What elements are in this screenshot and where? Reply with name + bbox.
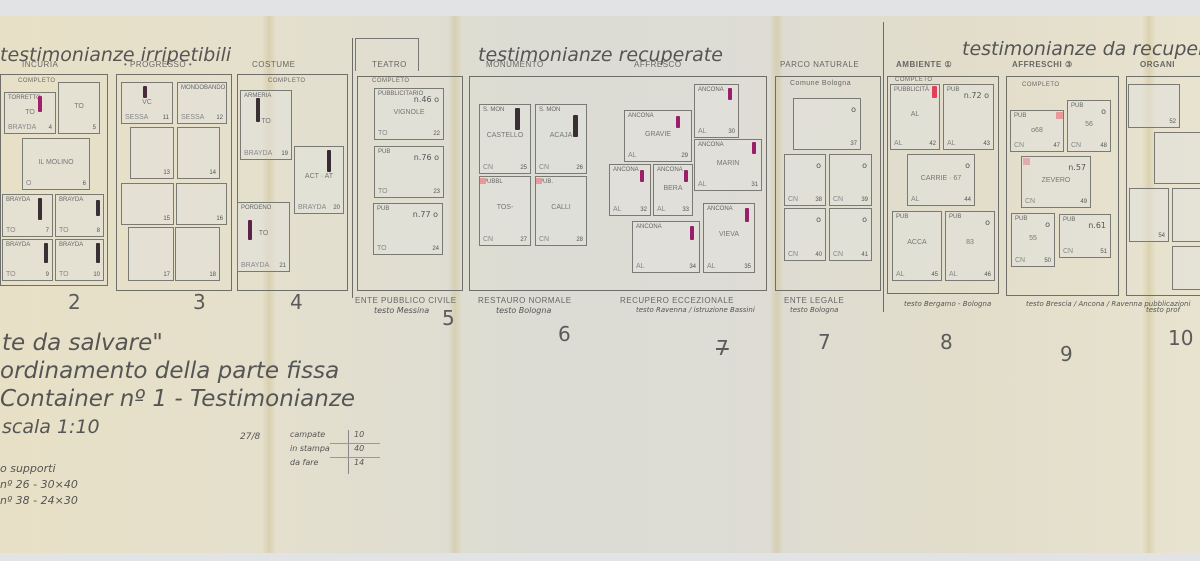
panel-box: PORDENOTOBRAYDA21	[237, 202, 290, 272]
magenta-marker	[752, 142, 756, 154]
marker	[143, 86, 147, 98]
panel-box: PUBo56CN48	[1067, 100, 1111, 152]
tally-value: 14	[354, 458, 364, 467]
title-line-2: ordinamento della parte fissa	[0, 358, 339, 384]
divider	[883, 22, 884, 312]
section-footer: ENTE PUBBLICO CIVILE	[355, 296, 457, 305]
panel-box: IL MOLINOO6	[22, 138, 90, 190]
section-number: 2	[68, 290, 81, 314]
section-footer-note: testo Ravenna / istruzione Bassini	[636, 306, 755, 314]
section-footer: ENTE LEGALE	[784, 296, 844, 305]
panel-box: 18	[175, 227, 220, 281]
status-note: COMPLETO	[268, 78, 306, 84]
black-marker	[515, 108, 520, 130]
tally-label: campate	[290, 430, 325, 439]
divider	[352, 38, 353, 298]
panel-box: MONDOBANDOSESSA12	[177, 82, 227, 124]
black-marker	[327, 150, 331, 172]
panel-box: BRAYDATO7	[2, 194, 53, 237]
tally-date: 27/8	[240, 432, 260, 442]
section-footer-note: testo Bologna	[790, 306, 838, 314]
section-footer: RECUPERO ECCEZIONALE	[620, 296, 734, 305]
panel-box: TO5	[58, 82, 100, 134]
pink-flag	[536, 178, 542, 184]
magenta-marker	[745, 208, 749, 222]
magenta-marker	[690, 226, 694, 240]
section-title: COSTUME	[252, 60, 296, 69]
section-number: 10	[1168, 326, 1193, 350]
panel-box: ANCONAAL32	[609, 164, 651, 216]
tally-label: da fare	[290, 458, 318, 467]
title-scale: scala 1:10	[2, 416, 100, 438]
black-marker	[44, 243, 48, 263]
pink-flag	[1056, 112, 1063, 119]
panel-box: ARMERIATOBRAYDA19	[240, 90, 292, 160]
section-number-struck: 7	[716, 336, 729, 360]
pink-flag	[480, 178, 486, 184]
section-number: 3	[193, 290, 206, 314]
section-title: PARCO NATURALE	[780, 60, 859, 69]
title-line-3: Container nº 1 - Testimonianze	[0, 386, 355, 412]
tally-label: in stampa	[290, 444, 330, 453]
section-footer-note: testo Bergamo - Bologna	[904, 300, 991, 308]
panel-box	[1154, 132, 1200, 184]
magenta-marker	[38, 96, 42, 112]
section-number: 5	[442, 306, 455, 330]
panel-box: ACT · ATBRAYDA20	[294, 146, 344, 214]
panel-box: oCARRIE · 67AL44	[907, 154, 975, 206]
panel-box	[1172, 246, 1200, 290]
section-number: 7	[818, 330, 831, 354]
panel-box: VCSESSA11	[121, 82, 173, 124]
panel-box: 17	[128, 227, 174, 281]
panel-box: PUBBLTOS-CN27	[479, 176, 531, 246]
section-footer-note: testo Messina	[374, 306, 429, 315]
magenta-marker	[640, 170, 644, 182]
status-note: COMPLETO	[18, 78, 56, 84]
panel-box: PUBn.77 oTO24	[373, 203, 443, 255]
title-line-1: te da salvare"	[2, 330, 163, 356]
panel-box: n.57ZEVEROCN49	[1021, 156, 1091, 208]
pink-marker	[932, 86, 937, 98]
panel-box: ANCONAGRAVIEAL29	[624, 110, 692, 162]
section-title: AMBIENTE ①	[896, 60, 952, 69]
panel-box: S. MONCASTELLOCN25	[479, 104, 531, 174]
panel-box: PUBo83AL46	[945, 211, 995, 281]
supports-label: o supporti	[0, 462, 56, 475]
panel-box: TORRETTOTOBRAYDA4	[4, 92, 56, 134]
marker	[248, 220, 252, 240]
panel-box: PUBn.72 oAL43	[943, 84, 994, 150]
panel-box: ANCONAAL30	[694, 84, 739, 138]
panel-box: PUBBLICITARIOVIGNOLEn.46 oTO22	[374, 88, 444, 140]
panel-box: oCN40	[784, 208, 826, 261]
section-footer-note: testo prof	[1146, 306, 1180, 314]
panel-box: 14	[177, 127, 220, 179]
section-title: • PROGRESSO •	[124, 60, 192, 69]
panel-box: PUBn.76 oTO23	[374, 146, 444, 198]
status-note: COMPLETO	[372, 78, 410, 84]
supports-row: nº 26 - 30×40	[0, 478, 78, 491]
black-marker	[96, 243, 100, 263]
pink-flag	[1023, 158, 1030, 165]
panel-box: 13	[130, 127, 174, 179]
panel-box: 16	[176, 183, 227, 225]
magenta-marker	[728, 88, 732, 100]
panel-box: oCN41	[829, 208, 872, 261]
magenta-marker	[676, 116, 680, 128]
section-number: 8	[940, 330, 953, 354]
panel-box: o37	[793, 98, 861, 150]
panel-box: oCN38	[784, 154, 826, 206]
panel-box: 54	[1129, 188, 1169, 242]
panel-box	[1172, 188, 1200, 242]
section-footer: RESTAURO NORMALE	[478, 296, 572, 305]
panel-box: PUBn.61CN51	[1059, 214, 1111, 258]
section-title: AFFRESCO	[634, 60, 682, 69]
heading-to-recover: testimonianze da recuperare	[962, 38, 1200, 60]
black-marker	[38, 198, 42, 220]
black-marker	[573, 115, 578, 137]
section-title: AFFRESCHI ③	[1012, 60, 1073, 69]
status-note: Comune Bologna	[790, 80, 851, 87]
panel-box: PUB.CALLICN28	[535, 176, 587, 246]
magenta-marker	[684, 170, 688, 182]
section-number: 4	[290, 290, 303, 314]
panel-box: PUBACCAAL45	[892, 211, 942, 281]
panel-box: 52	[1128, 84, 1180, 128]
section-footer-note: testo Bologna	[496, 306, 551, 315]
tally-value: 40	[354, 444, 364, 453]
status-note: COMPLETO	[895, 77, 933, 83]
section-number: 6	[558, 322, 571, 346]
teatro-tab	[355, 38, 419, 71]
section-title: INCURIA	[22, 60, 58, 69]
section-title: MONUMENTO	[486, 60, 544, 69]
section-title: ORGANI	[1140, 60, 1175, 69]
supports-row: nº 38 - 24×30	[0, 494, 78, 507]
black-marker	[256, 98, 260, 122]
black-marker	[96, 200, 100, 216]
panel-box: S. MONACAJACN26	[535, 104, 587, 174]
status-note: COMPLETO	[1022, 82, 1060, 88]
panel-box: 15	[121, 183, 174, 225]
panel-box: PUBo55CN50	[1011, 213, 1055, 267]
tally-value: 10	[354, 430, 364, 439]
panel-box: oCN39	[829, 154, 872, 206]
section-number: 9	[1060, 342, 1073, 366]
